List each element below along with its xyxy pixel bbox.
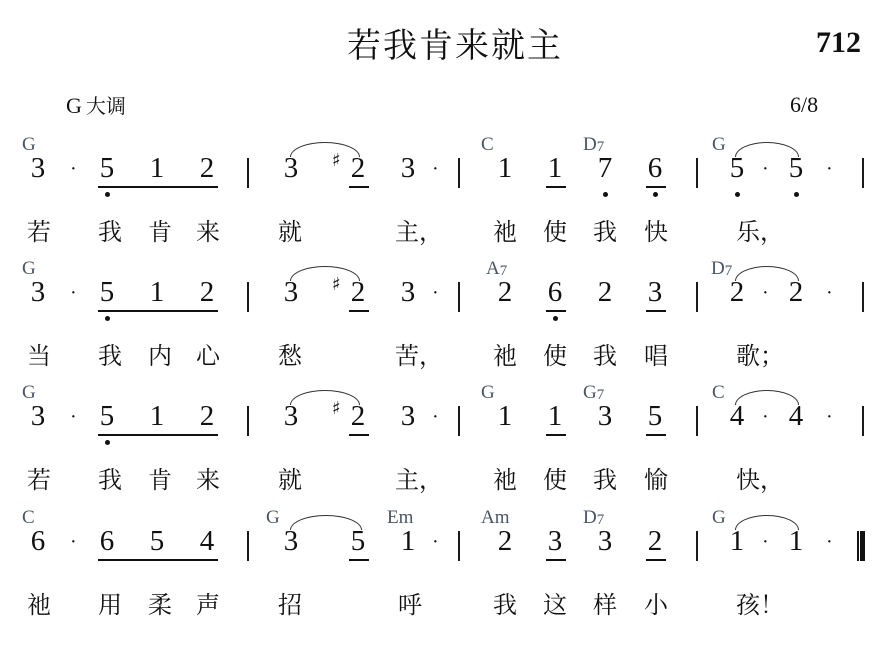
note-digit: 3 <box>644 276 666 309</box>
lower-octave-dot <box>105 192 110 197</box>
tie-slur <box>290 142 360 157</box>
lower-octave-dot <box>105 316 110 321</box>
lyric-syllable: 我 <box>590 336 620 371</box>
lower-octave-dot <box>653 192 658 197</box>
chord-root: G <box>712 134 726 155</box>
beam-underline <box>349 310 369 312</box>
tie-slur <box>735 142 799 157</box>
chord-symbol: G <box>712 134 726 156</box>
duration-dot: · <box>432 531 439 554</box>
note-digit: 2 <box>196 400 218 433</box>
bar-line <box>862 282 864 312</box>
lyric-syllable: 愉 <box>641 460 671 495</box>
note-digit: 2 <box>494 525 516 558</box>
note-digit: 3 <box>397 276 419 309</box>
lyric-syllable: 苦， <box>395 336 455 371</box>
beam-underline <box>646 434 666 436</box>
system-3: GGG7C351232♯3113544····若我肯来就主，祂使我愉快， <box>0 382 891 506</box>
lyric-syllable: 我 <box>95 212 125 247</box>
bar-line <box>862 158 864 188</box>
beam-underline <box>349 559 369 561</box>
beam-underline <box>546 434 566 436</box>
time-signature: 6/8 <box>790 92 818 118</box>
system-1: GCD7G351232♯3117655····若我肯来就主，祂使我快乐， <box>0 134 891 258</box>
beam-underline <box>98 434 218 436</box>
lyric-syllable: 使 <box>540 212 570 247</box>
lyric-syllable: 用 <box>95 585 125 620</box>
lyric-syllable: 就 <box>275 460 305 495</box>
note-digit: 3 <box>544 525 566 558</box>
duration-dot: · <box>762 158 769 181</box>
lyric-syllable: 主， <box>395 460 455 495</box>
note-digit: 4 <box>196 525 218 558</box>
duration-dot: · <box>432 158 439 181</box>
beam-underline <box>349 186 369 188</box>
duration-dot: · <box>826 406 833 429</box>
lyric-syllable: 使 <box>540 336 570 371</box>
bar-line <box>458 282 460 312</box>
bar-line <box>458 158 460 188</box>
duration-dot: · <box>826 531 833 554</box>
bar-line <box>458 406 460 436</box>
note-digit: 1 <box>544 152 566 185</box>
chord-symbol: G <box>481 382 495 404</box>
tie-slur <box>735 390 799 405</box>
lyric-syllable: 来 <box>193 460 223 495</box>
beam-underline <box>98 310 218 312</box>
chord-root: C <box>712 382 725 403</box>
lyric-syllable: 祂 <box>490 212 520 247</box>
chord-symbol: G <box>712 507 726 529</box>
bar-line <box>247 406 249 436</box>
lyric-syllable: 乐， <box>736 212 796 247</box>
lyric-syllable: 主， <box>395 212 455 247</box>
duration-dot: · <box>826 282 833 305</box>
note-digit: 5 <box>146 525 168 558</box>
chord-symbol: C <box>481 134 494 156</box>
lower-octave-dot <box>105 440 110 445</box>
lower-octave-dot <box>794 192 799 197</box>
duration-dot: · <box>826 158 833 181</box>
bar-line <box>696 531 698 561</box>
lower-octave-dot <box>735 192 740 197</box>
lyric-syllable: 呼 <box>395 585 425 620</box>
bar-line <box>247 158 249 188</box>
key-letter: G <box>66 93 82 118</box>
note-digit: 6 <box>644 152 666 185</box>
note-digit: 6 <box>27 525 49 558</box>
note-digit: 1 <box>397 525 419 558</box>
duration-dot: · <box>762 531 769 554</box>
lyric-syllable: 样 <box>590 585 620 620</box>
lyric-syllable: 我 <box>95 336 125 371</box>
lyric-syllable: 我 <box>590 212 620 247</box>
lyric-syllable: 快， <box>736 460 796 495</box>
duration-dot: · <box>70 531 77 554</box>
duration-dot: · <box>70 158 77 181</box>
note-digit: 7 <box>594 152 616 185</box>
lyric-syllable: 孩！ <box>736 585 796 620</box>
lyric-syllable: 心 <box>193 336 223 371</box>
system-4: CGEmAmD7G6654351233211····祂用柔声招呼我这样小孩！ <box>0 507 891 631</box>
beam-underline <box>546 310 566 312</box>
note-digit: 5 <box>96 400 118 433</box>
beam-underline <box>546 559 566 561</box>
lyric-syllable: 快 <box>641 212 671 247</box>
lyric-syllable: 小 <box>641 585 671 620</box>
bar-line <box>458 531 460 561</box>
bar-line <box>696 406 698 436</box>
chord-root: C <box>481 134 494 155</box>
bar-line <box>862 406 864 436</box>
beam-underline <box>646 559 666 561</box>
beam-underline <box>349 434 369 436</box>
bar-line <box>696 158 698 188</box>
tie-slur <box>290 266 360 281</box>
duration-dot: · <box>432 282 439 305</box>
lyric-syllable: 唱 <box>641 336 671 371</box>
chord-root: D <box>711 258 725 279</box>
lyric-syllable: 内 <box>145 336 175 371</box>
duration-dot: · <box>762 406 769 429</box>
note-digit: 1 <box>494 152 516 185</box>
beam-underline <box>546 186 566 188</box>
duration-dot: · <box>762 282 769 305</box>
lyric-syllable: 我 <box>490 585 520 620</box>
lyric-syllable: 柔 <box>145 585 175 620</box>
bar-line <box>247 282 249 312</box>
key-label: 大调 <box>86 94 126 118</box>
beam-underline <box>646 186 666 188</box>
lyric-syllable: 肯 <box>145 212 175 247</box>
note-digit: 1 <box>146 400 168 433</box>
note-digit: 2 <box>594 276 616 309</box>
lyric-syllable: 使 <box>540 460 570 495</box>
note-digit: 3 <box>27 400 49 433</box>
final-bar-line <box>860 531 865 561</box>
hymn-number: 712 <box>816 26 861 60</box>
lyric-syllable: 来 <box>193 212 223 247</box>
note-digit: 5 <box>96 152 118 185</box>
lyric-syllable: 我 <box>95 460 125 495</box>
note-digit: 6 <box>96 525 118 558</box>
chord-root: G <box>481 382 495 403</box>
chord-symbol: G <box>266 507 280 529</box>
chord-symbol: C <box>712 382 725 404</box>
note-digit: 3 <box>27 152 49 185</box>
lyric-syllable: 这 <box>540 585 570 620</box>
note-digit: 1 <box>146 152 168 185</box>
note-digit: 1 <box>146 276 168 309</box>
bar-line <box>696 282 698 312</box>
system-2: GA7D7351232♯3262322····当我内心愁苦，祂使我唱歌； <box>0 258 891 382</box>
beam-underline <box>646 310 666 312</box>
key-signature: G大调 <box>66 90 126 119</box>
lyric-syllable: 声 <box>193 585 223 620</box>
bar-line <box>247 531 249 561</box>
beam-underline <box>98 186 218 188</box>
note-digit: 5 <box>644 400 666 433</box>
lyric-syllable: 就 <box>275 212 305 247</box>
chord-root: G <box>712 507 726 528</box>
tie-slur <box>290 515 362 530</box>
lyric-syllable: 祂 <box>24 585 54 620</box>
note-digit: 3 <box>594 400 616 433</box>
lower-octave-dot <box>553 316 558 321</box>
note-digit: 5 <box>96 276 118 309</box>
hymn-title: 若我肯来就主 <box>0 18 891 67</box>
note-digit: 1 <box>494 400 516 433</box>
duration-dot: · <box>70 406 77 429</box>
lyric-syllable: 当 <box>24 336 54 371</box>
tie-slur <box>735 515 799 530</box>
lyric-syllable: 歌； <box>736 336 796 371</box>
lyric-syllable: 愁 <box>275 336 305 371</box>
lyric-syllable: 我 <box>590 460 620 495</box>
tie-slur <box>290 390 360 405</box>
note-digit: 2 <box>494 276 516 309</box>
lyric-syllable: 招 <box>275 585 305 620</box>
bar-line <box>857 531 859 561</box>
note-digit: 2 <box>196 276 218 309</box>
duration-dot: · <box>70 282 77 305</box>
note-digit: 3 <box>27 276 49 309</box>
beam-underline <box>98 559 218 561</box>
duration-dot: · <box>432 406 439 429</box>
lyric-syllable: 若 <box>24 212 54 247</box>
note-digit: 1 <box>544 400 566 433</box>
note-digit: 3 <box>397 152 419 185</box>
note-digit: 3 <box>594 525 616 558</box>
note-digit: 2 <box>196 152 218 185</box>
note-digit: 6 <box>544 276 566 309</box>
lower-octave-dot <box>603 192 608 197</box>
chord-root: G <box>266 507 280 528</box>
lyric-syllable: 若 <box>24 460 54 495</box>
note-digit: 2 <box>644 525 666 558</box>
tie-slur <box>735 266 799 281</box>
lyric-syllable: 祂 <box>490 336 520 371</box>
lyric-syllable: 肯 <box>145 460 175 495</box>
note-digit: 3 <box>397 400 419 433</box>
lyric-syllable: 祂 <box>490 460 520 495</box>
